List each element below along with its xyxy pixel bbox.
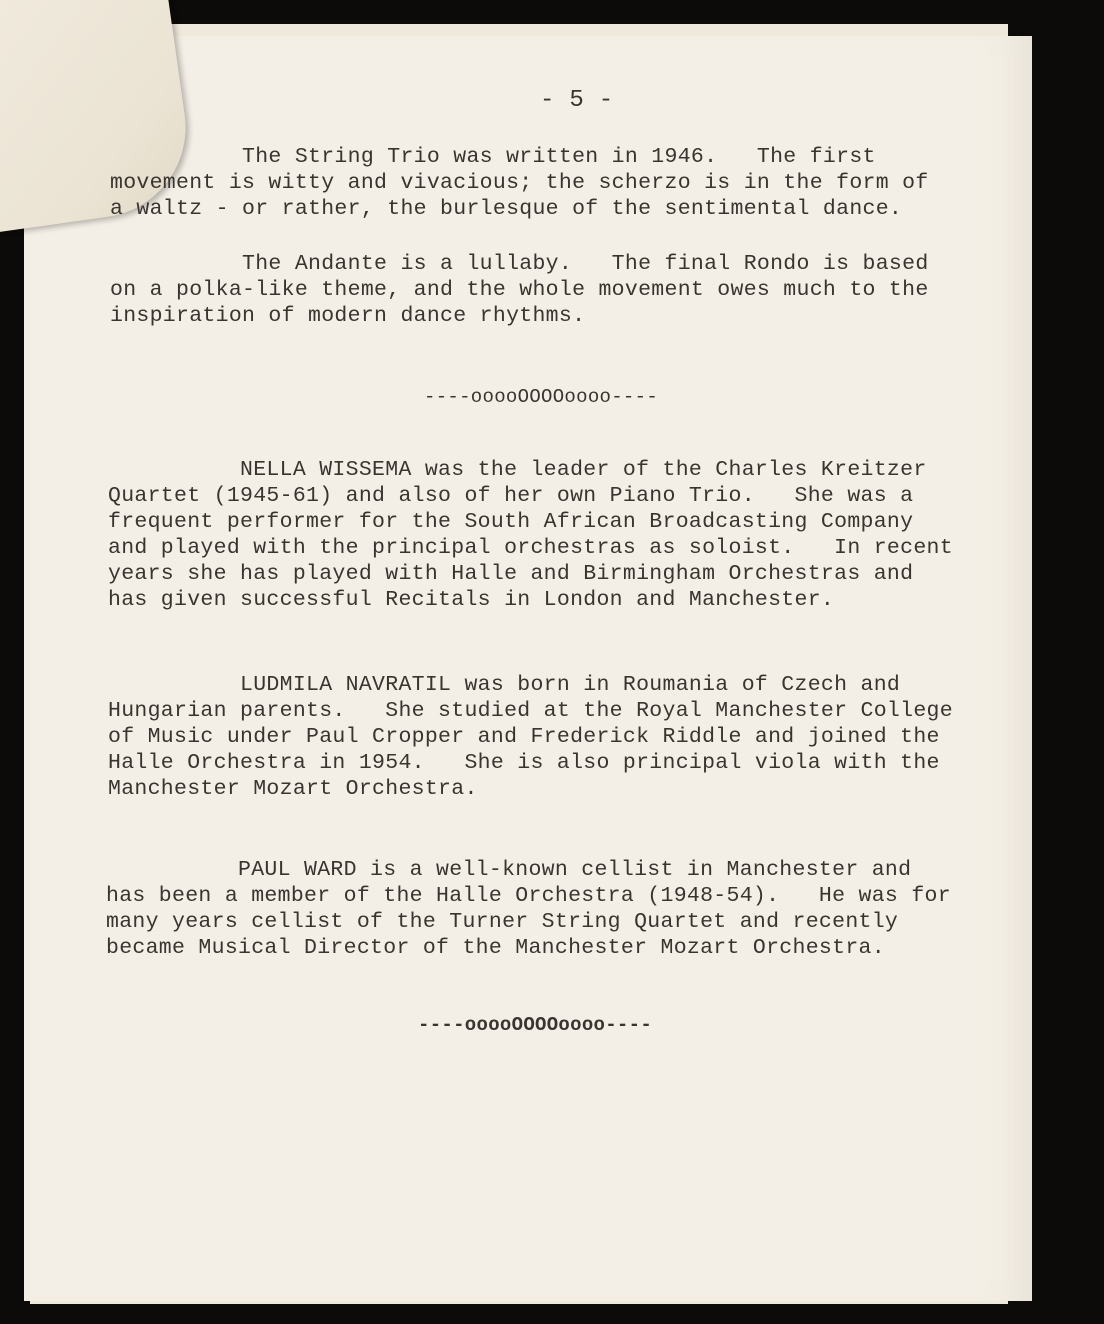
page-number: - 5 - [540,88,614,114]
text-line: a waltz - or rather, the burlesque of th… [110,196,929,222]
text-line: has given successful Recitals in London … [108,587,953,613]
text-line: Halle Orchestra in 1954. She is also pri… [108,750,953,776]
text-line: NELLA WISSEMA was the leader of the Char… [108,457,953,483]
text-line: Hungarian parents. She studied at the Ro… [108,698,953,724]
text-line: The String Trio was written in 1946. The… [110,144,929,170]
text-line: movement is witty and vivacious; the sch… [110,170,929,196]
text-line: became Musical Director of the Mancheste… [106,935,951,961]
paragraph-string-trio: The String Trio was written in 1946. The… [110,144,929,222]
paragraph-andante: The Andante is a lullaby. The final Rond… [110,251,929,329]
text-line: frequent performer for the South African… [108,509,953,535]
text-line: of Music under Paul Cropper and Frederic… [108,724,953,750]
text-line: PAUL WARD is a well-known cellist in Man… [106,857,951,883]
document-page [24,36,1032,1301]
text-line: years she has played with Halle and Birm… [108,561,953,587]
text-line: on a polka-like theme, and the whole mov… [110,277,929,303]
text-line: inspiration of modern dance rhythms. [110,303,929,329]
paragraph-ludmila-navratil: LUDMILA NAVRATIL was born in Roumania of… [108,672,953,802]
text-line: Manchester Mozart Orchestra. [108,776,953,802]
text-line: and played with the principal orchestras… [108,535,953,561]
text-line: The Andante is a lullaby. The final Rond… [110,251,929,277]
text-line: LUDMILA NAVRATIL was born in Roumania of… [108,672,953,698]
section-separator: ----ooooOOOOoooo---- [418,1012,652,1038]
paragraph-nella-wissema: NELLA WISSEMA was the leader of the Char… [108,457,953,613]
paragraph-paul-ward: PAUL WARD is a well-known cellist in Man… [106,857,951,961]
section-separator: ----ooooOOOOoooo---- [424,384,658,410]
text-line: has been a member of the Halle Orchestra… [106,883,951,909]
text-line: many years cellist of the Turner String … [106,909,951,935]
text-line: Quartet (1945-61) and also of her own Pi… [108,483,953,509]
